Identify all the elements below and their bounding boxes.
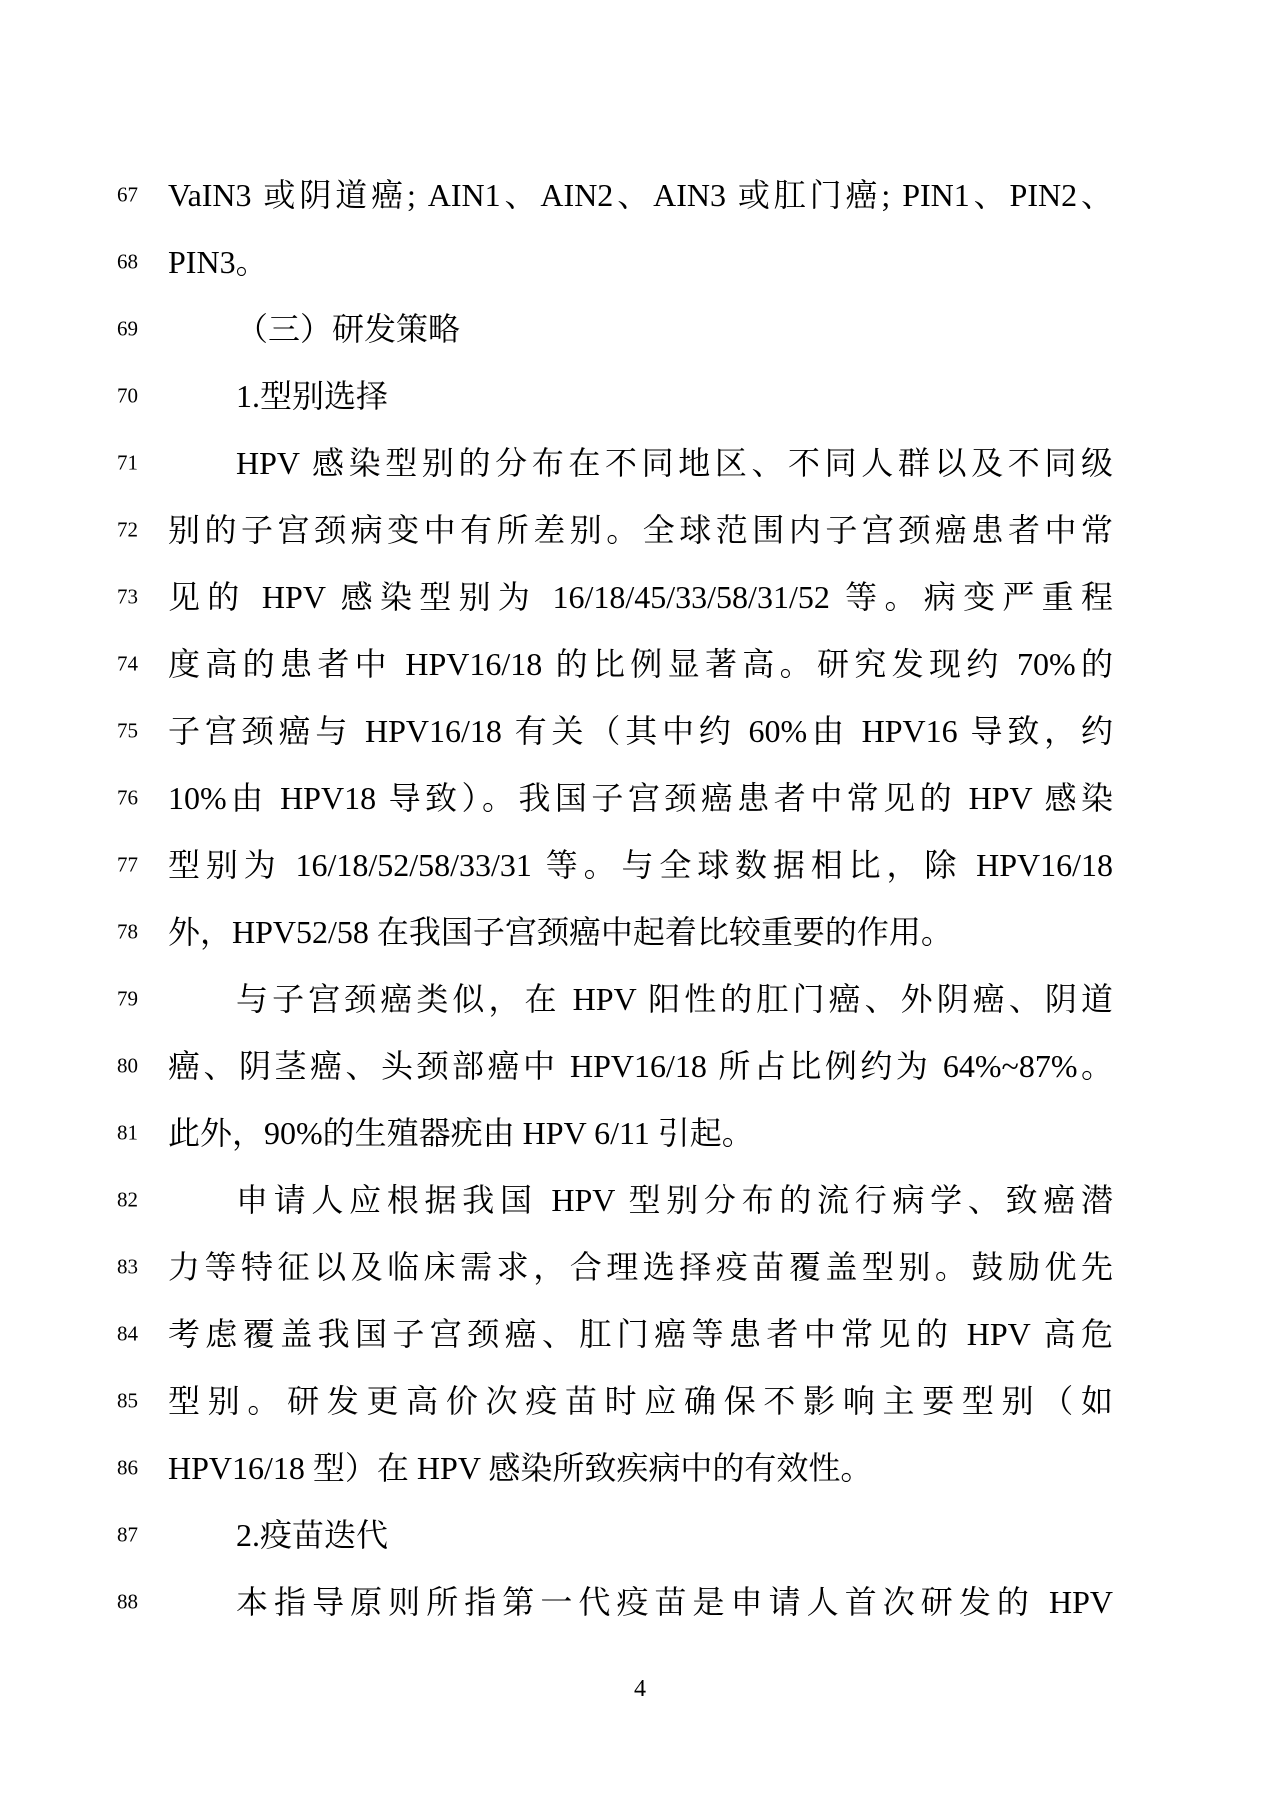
line-text: 本指导原则所指第一代疫苗是申请人首次研发的 HPV — [168, 1582, 1113, 1622]
line-text: 型别为 16/18/52/58/33/31 等。与全球数据相比，除 HPV16/… — [168, 845, 1113, 885]
line-number: 73 — [117, 586, 138, 607]
line-number: 80 — [117, 1055, 138, 1076]
line-text: 此外，90%的生殖器疣由 HPV 6/11 引起。 — [168, 1113, 1113, 1153]
line-number: 72 — [117, 519, 138, 540]
document-line: 74 度高的患者中 HPV16/18 的比例显著高。研究发现约 70%的 — [0, 630, 1280, 697]
line-text: HPV16/18 型）在 HPV 感染所致疾病中的有效性。 — [168, 1448, 1113, 1488]
line-number: 82 — [117, 1189, 138, 1210]
line-text: 见的 HPV 感染型别为 16/18/45/33/58/31/52 等。病变严重… — [168, 577, 1113, 617]
document-line: 85 型别。研发更高价次疫苗时应确保不影响主要型别（如 — [0, 1367, 1280, 1434]
line-text: 与子宫颈癌类似，在 HPV 阳性的肛门癌、外阴癌、阴道 — [168, 979, 1113, 1019]
document-line: 70 1.型别选择 — [0, 362, 1280, 429]
line-text: 癌、阴茎癌、头颈部癌中 HPV16/18 所占比例约为 64%~87%。 — [168, 1046, 1113, 1086]
page-number: 4 — [0, 1676, 1280, 1703]
document-line: 86 HPV16/18 型）在 HPV 感染所致疾病中的有效性。 — [0, 1434, 1280, 1501]
line-text: 10%由 HPV18 导致）。我国子宫颈癌患者中常见的 HPV 感染 — [168, 778, 1113, 818]
line-number: 69 — [117, 318, 138, 339]
line-number: 71 — [117, 452, 138, 473]
document-line: 67 VaIN3 或阴道癌; AIN1、AIN2、AIN3 或肛门癌; PIN1… — [0, 161, 1280, 228]
line-number: 76 — [117, 787, 138, 808]
line-number: 86 — [117, 1457, 138, 1478]
document-line: 80 癌、阴茎癌、头颈部癌中 HPV16/18 所占比例约为 64%~87%。 — [0, 1032, 1280, 1099]
document-line: 75 子宫颈癌与 HPV16/18 有关（其中约 60%由 HPV16 导致，约 — [0, 697, 1280, 764]
document-line: 81 此外，90%的生殖器疣由 HPV 6/11 引起。 — [0, 1099, 1280, 1166]
line-number: 70 — [117, 385, 138, 406]
line-number: 68 — [117, 251, 138, 272]
line-number: 83 — [117, 1256, 138, 1277]
line-text: 考虑覆盖我国子宫颈癌、肛门癌等患者中常见的 HPV 高危 — [168, 1314, 1113, 1354]
line-number: 84 — [117, 1323, 138, 1344]
line-number: 77 — [117, 854, 138, 875]
line-text: 申请人应根据我国 HPV 型别分布的流行病学、致癌潜 — [168, 1180, 1113, 1220]
line-text: 度高的患者中 HPV16/18 的比例显著高。研究发现约 70%的 — [168, 644, 1113, 684]
line-text: 1.型别选择 — [168, 376, 1113, 416]
document-line: 88 本指导原则所指第一代疫苗是申请人首次研发的 HPV — [0, 1568, 1280, 1635]
line-number: 67 — [117, 184, 138, 205]
line-text: PIN3。 — [168, 242, 1113, 282]
document-line: 83 力等特征以及临床需求，合理选择疫苗覆盖型别。鼓励优先 — [0, 1233, 1280, 1300]
document-line: 82 申请人应根据我国 HPV 型别分布的流行病学、致癌潜 — [0, 1166, 1280, 1233]
document-line: 73 见的 HPV 感染型别为 16/18/45/33/58/31/52 等。病… — [0, 563, 1280, 630]
document-line: 72 别的子宫颈病变中有所差别。全球范围内子宫颈癌患者中常 — [0, 496, 1280, 563]
line-number: 74 — [117, 653, 138, 674]
document-line: 71 HPV 感染型别的分布在不同地区、不同人群以及不同级 — [0, 429, 1280, 496]
line-text: 型别。研发更高价次疫苗时应确保不影响主要型别（如 — [168, 1381, 1113, 1421]
line-text: 力等特征以及临床需求，合理选择疫苗覆盖型别。鼓励优先 — [168, 1247, 1113, 1287]
document-line: 68 PIN3。 — [0, 228, 1280, 295]
line-number: 79 — [117, 988, 138, 1009]
line-number: 88 — [117, 1591, 138, 1612]
document-line: 87 2.疫苗迭代 — [0, 1501, 1280, 1568]
line-text: 外，HPV52/58 在我国子宫颈癌中起着比较重要的作用。 — [168, 912, 1113, 952]
document-line: 69 （三）研发策略 — [0, 295, 1280, 362]
line-number: 78 — [117, 921, 138, 942]
line-text: VaIN3 或阴道癌; AIN1、AIN2、AIN3 或肛门癌; PIN1、PI… — [168, 175, 1113, 215]
line-number: 87 — [117, 1524, 138, 1545]
document-line: 77 型别为 16/18/52/58/33/31 等。与全球数据相比，除 HPV… — [0, 831, 1280, 898]
line-text: 子宫颈癌与 HPV16/18 有关（其中约 60%由 HPV16 导致，约 — [168, 711, 1113, 751]
document-line: 84 考虑覆盖我国子宫颈癌、肛门癌等患者中常见的 HPV 高危 — [0, 1300, 1280, 1367]
line-text: （三）研发策略 — [168, 309, 1113, 349]
document-line: 79 与子宫颈癌类似，在 HPV 阳性的肛门癌、外阴癌、阴道 — [0, 965, 1280, 1032]
line-number: 81 — [117, 1122, 138, 1143]
line-number: 85 — [117, 1390, 138, 1411]
line-text: HPV 感染型别的分布在不同地区、不同人群以及不同级 — [168, 443, 1113, 483]
line-text: 别的子宫颈病变中有所差别。全球范围内子宫颈癌患者中常 — [168, 510, 1113, 550]
document-page: 67 VaIN3 或阴道癌; AIN1、AIN2、AIN3 或肛门癌; PIN1… — [0, 0, 1280, 1811]
document-line: 78 外，HPV52/58 在我国子宫颈癌中起着比较重要的作用。 — [0, 898, 1280, 965]
line-number: 75 — [117, 720, 138, 741]
line-text: 2.疫苗迭代 — [168, 1515, 1113, 1555]
text-lines: 67 VaIN3 或阴道癌; AIN1、AIN2、AIN3 或肛门癌; PIN1… — [0, 161, 1280, 1635]
document-line: 76 10%由 HPV18 导致）。我国子宫颈癌患者中常见的 HPV 感染 — [0, 764, 1280, 831]
